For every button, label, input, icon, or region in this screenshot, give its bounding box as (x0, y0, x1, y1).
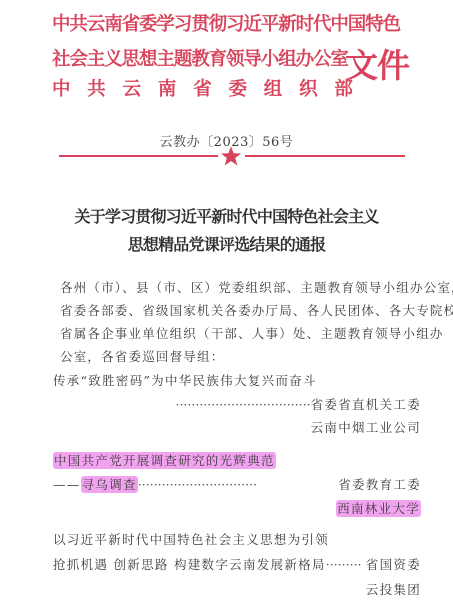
file-label: 文件 (345, 40, 409, 87)
issuer-line-3: 中共云南省委组织部 (52, 81, 370, 100)
entry-title: 传承“致胜密码”为中华民族伟大复兴而奋斗 (53, 375, 317, 388)
leader-dots: ········· (326, 557, 362, 572)
star-icon (220, 145, 242, 167)
highlighted-text: 中国共产党开展调查研究的光辉典范 (53, 452, 276, 469)
addressee-line-1: 各州（市）、县（市、区）党委组织部、主题教育领导小组办公室， (60, 282, 453, 295)
issuer-line-2: 社会主义思想主题教育领导小组办公室 (52, 51, 348, 70)
entry-subtitle-line: ——寻乌调查······························省委教育… (53, 479, 421, 492)
divider-left (59, 155, 218, 157)
entry-title: 以习近平新时代中国特色社会主义思想为引领 (53, 534, 329, 547)
entry-org-line: ··································省委省直机关… (175, 399, 421, 412)
addressee-line-2: 省委各部委、省级国家机关各委办厅局、各人民团体、各大专院校、 (60, 305, 453, 318)
addressee-line-3: 省属各企事业单位组织（干部、人事）处、主题教育领导小组办 (60, 328, 444, 341)
entry-org-2: 西南林业大学 (336, 503, 421, 516)
document-title-line-2: 思想精品党课评选结果的通报 (0, 237, 453, 253)
dash-prefix: —— (53, 477, 81, 492)
entry-title: 中国共产党开展调查研究的光辉典范 (53, 455, 276, 468)
entry-org-2: 云南中烟工业公司 (311, 422, 421, 435)
entry-org-2: 云投集团 (366, 584, 421, 597)
leader-dots: ······························ (138, 477, 257, 492)
divider-right (245, 155, 405, 157)
entry-subtitle-line: 抢抓机遇 创新思路 构建数字云南发展新格局·········省国资委 (53, 559, 421, 572)
entry-org-1: 省委省直机关工委 (311, 397, 421, 412)
highlighted-org: 西南林业大学 (336, 500, 421, 517)
entry-org-1: 省国资委 (366, 559, 421, 572)
entry-org-1: 省委教育工委 (338, 479, 421, 492)
issuer-line-1: 中共云南省委学习贯彻习近平新时代中国特色 (52, 16, 400, 35)
addressee-line-4: 公室，各省委巡回督导组： (60, 351, 224, 364)
leader-dots: ·································· (175, 397, 310, 412)
highlighted-subtitle: 寻乌调查 (81, 476, 138, 493)
document-title-line-1: 关于学习贯彻习近平新时代中国特色社会主义 (0, 209, 453, 225)
entry-subtitle: 抢抓机遇 创新思路 构建数字云南发展新格局 (53, 557, 326, 572)
